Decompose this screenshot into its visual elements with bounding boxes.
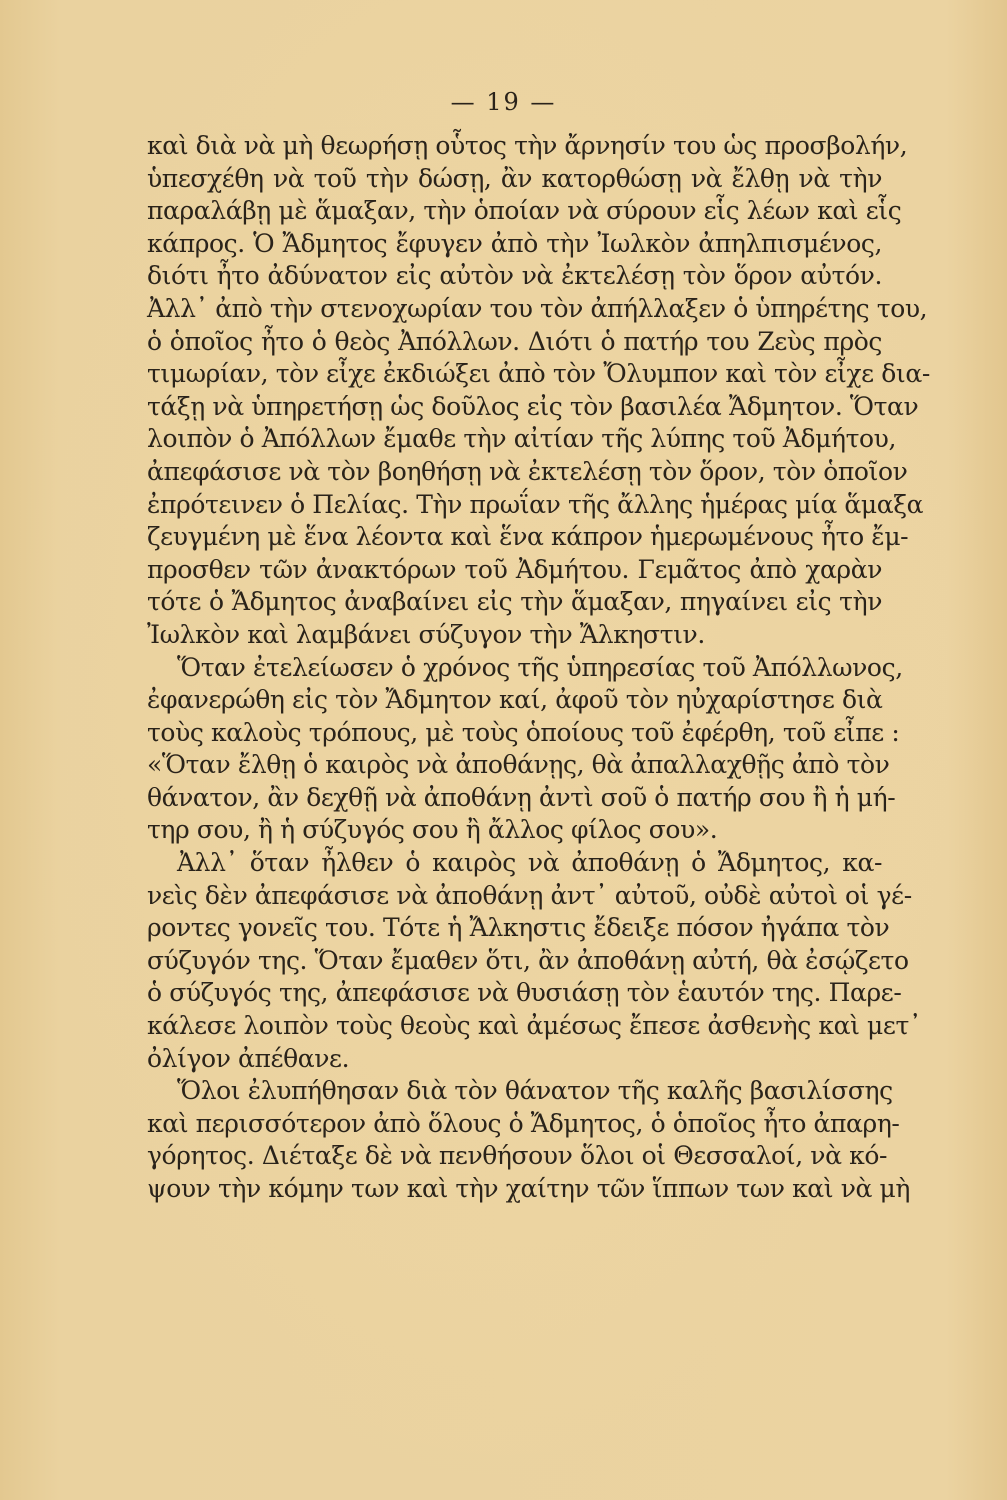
- text-line: κάπρος. Ὁ Ἄδμητος ἔφυγεν ἀπὸ τὴν Ἰωλκὸν …: [147, 228, 882, 261]
- text-line: προσθεν τῶν ἀνακτόρων τοῦ Ἀδμήτου. Γεμᾶτ…: [147, 554, 882, 587]
- text-line: θάνατον, ἂν δεχθῇ νὰ ἀποθάνῃ ἀντὶ σοῦ ὁ …: [147, 782, 882, 815]
- body-text: καὶ διὰ νὰ μὴ θεωρήσῃ οὗτος τὴν ἄρνησίν …: [147, 130, 882, 1206]
- page-number: — 19 —: [0, 88, 1007, 116]
- text-line: σύζυγόν της. Ὅταν ἔμαθεν ὅτι, ἂν ἀποθάνῃ…: [147, 945, 882, 978]
- text-line: τιμωρίαν, τὸν εἶχε ἐκδιώξει ἀπὸ τὸν Ὄλυμ…: [147, 358, 882, 391]
- text-line: γόρητος. Διέταξε δὲ νὰ πενθήσουν ὅλοι οἱ…: [147, 1140, 882, 1173]
- text-line: ὁ ὁποῖος ἦτο ὁ θεὸς Ἀπόλλων. Διότι ὁ πατ…: [147, 326, 882, 359]
- text-line: διότι ἦτο ἀδύνατον εἰς αὐτὸν νὰ ἐκτελέσῃ…: [147, 260, 882, 293]
- text-line: τότε ὁ Ἄδμητος ἀναβαίνει εἰς τὴν ἅμαξαν,…: [147, 586, 882, 619]
- text-line: νεὶς δὲν ἀπεφάσισε νὰ ἀποθάνῃ ἀντ᾿ αὐτοῦ…: [147, 880, 882, 913]
- text-line: τάξῃ νὰ ὑπηρετήσῃ ὡς δοῦλος εἰς τὸν βασι…: [147, 391, 882, 424]
- text-line: ροντες γονεῖς του. Τότε ἡ Ἄλκηστις ἔδειξ…: [147, 912, 882, 945]
- text-line: καὶ διὰ νὰ μὴ θεωρήσῃ οὗτος τὴν ἄρνησίν …: [147, 130, 882, 163]
- text-line: Ἰωλκὸν καὶ λαμβάνει σύζυγον τὴν Ἄλκηστιν…: [147, 619, 882, 652]
- text-line: τοὺς καλοὺς τρόπους, μὲ τοὺς ὁποίους τοῦ…: [147, 717, 882, 750]
- text-line: ἐπρότεινεν ὁ Πελίας. Τὴν πρωΐαν τῆς ἄλλη…: [147, 489, 882, 522]
- text-line: Ἀλλ᾿ ὅταν ἦλθεν ὁ καιρὸς νὰ ἀποθάνῃ ὁ Ἄδ…: [147, 847, 882, 880]
- text-line: Ὅλοι ἐλυπήθησαν διὰ τὸν θάνατον τῆς καλῆ…: [147, 1075, 882, 1108]
- text-line: ἐφανερώθη εἰς τὸν Ἄδμητον καί, ἀφοῦ τὸν …: [147, 684, 882, 717]
- text-line: «Ὅταν ἔλθῃ ὁ καιρὸς νὰ ἀποθάνῃς, θὰ ἀπαλ…: [147, 749, 882, 782]
- text-line: ἀπεφάσισε νὰ τὸν βοηθήσῃ νὰ ἐκτελέσῃ τὸν…: [147, 456, 882, 489]
- text-line: καὶ περισσότερον ἀπὸ ὅλους ὁ Ἄδμητος, ὁ …: [147, 1108, 882, 1141]
- text-line: λοιπὸν ὁ Ἀπόλλων ἔμαθε τὴν αἰτίαν τῆς λύ…: [147, 423, 882, 456]
- text-line: ζευγμένη μὲ ἕνα λέοντα καὶ ἕνα κάπρον ἡμ…: [147, 521, 882, 554]
- text-line: Ὅταν ἐτελείωσεν ὁ χρόνος τῆς ὑπηρεσίας τ…: [147, 652, 882, 685]
- text-line: τηρ σου, ἢ ἡ σύζυγός σου ἢ ἄλλος φίλος σ…: [147, 814, 882, 847]
- text-line: ὀλίγον ἀπέθανε.: [147, 1043, 882, 1076]
- text-line: Ἀλλ᾿ ἀπὸ τὴν στενοχωρίαν του τὸν ἀπήλλαξ…: [147, 293, 882, 326]
- text-line: κάλεσε λοιπὸν τοὺς θεοὺς καὶ ἀμέσως ἔπεσ…: [147, 1010, 882, 1043]
- text-line: παραλάβῃ μὲ ἅμαξαν, τὴν ὁποίαν νὰ σύρουν…: [147, 195, 882, 228]
- text-line: ψουν τὴν κόμην των καὶ τὴν χαίτην τῶν ἵπ…: [147, 1173, 882, 1206]
- text-line: ὑπεσχέθη νὰ τοῦ τὴν δώσῃ, ἂν κατορθώσῃ ν…: [147, 163, 882, 196]
- scanned-page: — 19 — καὶ διὰ νὰ μὴ θεωρήσῃ οὗτος τὴν ἄ…: [0, 0, 1007, 1500]
- text-line: ὁ σύζυγός της, ἀπεφάσισε νὰ θυσιάσῃ τὸν …: [147, 977, 882, 1010]
